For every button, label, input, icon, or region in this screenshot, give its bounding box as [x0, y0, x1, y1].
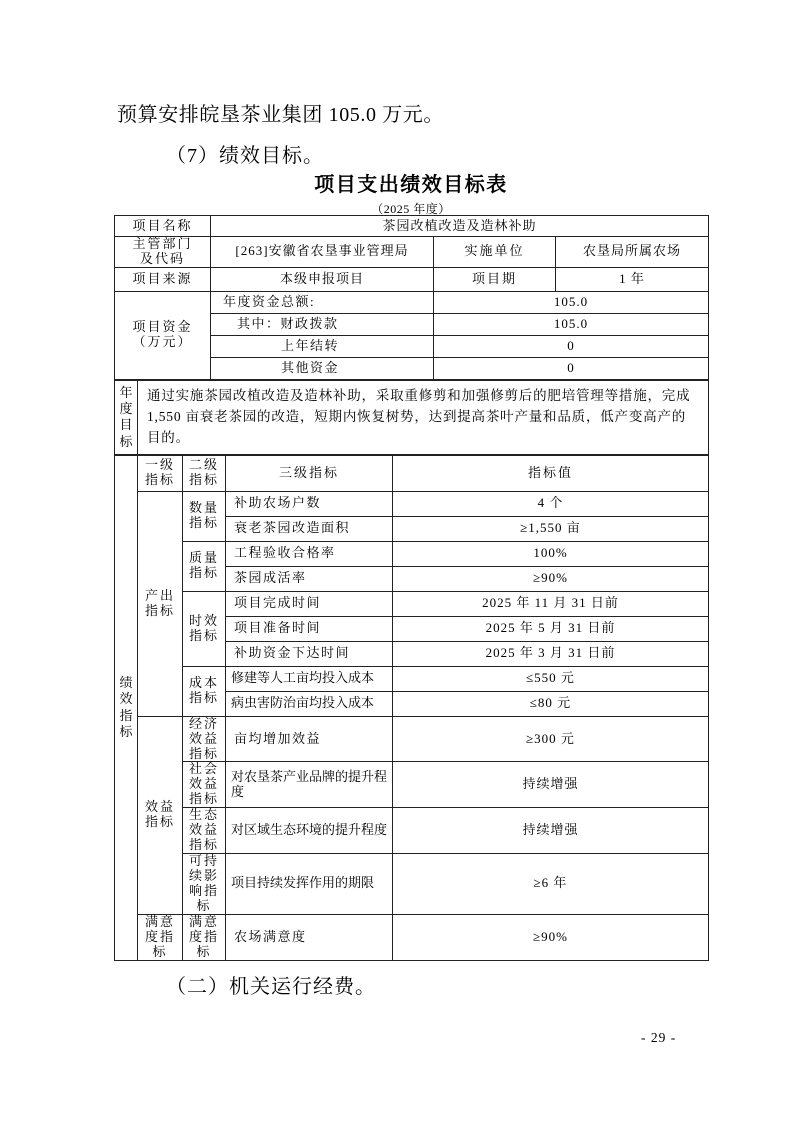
- cell-l2-cost: 成本 指标: [183, 666, 226, 716]
- cell-impl-label: 实施单位: [434, 237, 556, 268]
- table-row: 时效 指标 项目完成时间 2025 年 11 月 31 日前: [115, 591, 709, 616]
- cell-indicator-name: 补助资金下达时间: [226, 641, 393, 666]
- cell-indicator-value: ≤550 元: [393, 666, 709, 691]
- table-title: 项目支出绩效目标表: [114, 168, 708, 197]
- cell-l2-quantity: 数量 指标: [183, 491, 226, 541]
- cell-fund-total-label: 年度资金总额:: [211, 291, 434, 313]
- table-caption: 项目支出绩效目标表 （2025 年度）: [114, 168, 708, 217]
- table-row: 项目资金 （万元） 年度资金总额: 105.0: [115, 291, 709, 313]
- cell-fund-carryover-value: 0: [434, 335, 709, 357]
- cell-period-value: 1 年: [556, 267, 709, 291]
- cell-indicator-value: 持续增强: [393, 762, 709, 808]
- cell-l2-time: 时效 指标: [183, 591, 226, 666]
- table-row: 产出 指标 数量 指标 补助农场户数 4 个: [115, 491, 709, 516]
- cell-project-name-label: 项目名称: [115, 216, 211, 237]
- cell-indicator-value: ≥300 元: [393, 716, 709, 762]
- table-row: 绩 效 指 标 一级 指标 二级 指标 三级指标 指标值: [115, 455, 709, 491]
- cell-annual-goal-text: 通过实施茶园改植改造及造林补助，采取重修剪和加强修剪后的肥培管理等措施，完成1,…: [138, 380, 709, 454]
- cell-fund-fiscal-value: 105.0: [434, 313, 709, 335]
- cell-indicator-value: ≥1,550 亩: [393, 516, 709, 541]
- table-row: 生态 效益 指标 对区域生态环境的提升程度 持续增强: [115, 808, 709, 854]
- cell-indicator-name: 项目准备时间: [226, 616, 393, 641]
- cell-indicator-name: 农场满意度: [226, 914, 393, 960]
- table-row: 满意 度指 标 满意 度指 标 农场满意度 ≥90%: [115, 914, 709, 960]
- cell-indicator-name: 工程验收合格率: [226, 541, 393, 566]
- cell-l1-satisfaction: 满意 度指 标: [138, 914, 183, 960]
- cell-impl-value: 农垦局所属农场: [556, 237, 709, 268]
- cell-indicator-value: ≥6 年: [393, 854, 709, 915]
- cell-indicator-value: ≥90%: [393, 566, 709, 591]
- table-row: 项目名称 茶园改植改造及造林补助: [115, 216, 709, 237]
- cell-fund-fiscal-label: 其中：财政拨款: [211, 313, 434, 335]
- cell-source-value: 本级申报项目: [211, 267, 434, 291]
- cell-header-level3: 三级指标: [226, 455, 393, 491]
- annual-goal-table: 年 度 目 标 通过实施茶园改植改造及造林补助，采取重修剪和加强修剪后的肥培管理…: [114, 380, 709, 455]
- cell-indicator-name: 项目持续发挥作用的期限: [226, 854, 393, 915]
- paragraph-budget: 预算安排皖垦茶业集团 105.0 万元。: [117, 98, 444, 127]
- cell-project-name-value: 茶园改植改造及造林补助: [211, 216, 709, 237]
- cell-indicator-name: 茶园成活率: [226, 566, 393, 591]
- heading-performance-targets: （7）绩效目标。: [166, 139, 324, 168]
- cell-l2-economic: 经济 效益 指标: [183, 716, 226, 762]
- cell-l2-sustain: 可持 续影 响指 标: [183, 854, 226, 915]
- cell-header-value: 指标值: [393, 455, 709, 491]
- cell-perf-side-label: 绩 效 指 标: [115, 455, 138, 960]
- cell-period-label: 项目期: [434, 267, 556, 291]
- cell-fund-other-value: 0: [434, 357, 709, 379]
- cell-indicator-value: 持续增强: [393, 808, 709, 854]
- cell-dept-value: [263]安徽省农垦事业管理局: [211, 237, 434, 268]
- cell-indicator-name: 衰老茶园改造面积: [226, 516, 393, 541]
- cell-l1-benefit: 效益 指标: [138, 716, 183, 914]
- cell-dept-label: 主管部门 及代码: [115, 237, 211, 268]
- cell-annual-goal-label: 年 度 目 标: [115, 380, 138, 454]
- performance-target-table: 项目名称 茶园改植改造及造林补助 主管部门 及代码 [263]安徽省农垦事业管理…: [114, 215, 708, 961]
- cell-l2-ecological: 生态 效益 指标: [183, 808, 226, 854]
- table-row: 可持 续影 响指 标 项目持续发挥作用的期限 ≥6 年: [115, 854, 709, 915]
- table-row: 效益 指标 经济 效益 指标 亩均增加效益 ≥300 元: [115, 716, 709, 762]
- table-row: 年 度 目 标 通过实施茶园改植改造及造林补助，采取重修剪和加强修剪后的肥培管理…: [115, 380, 709, 454]
- cell-fund-carryover-label: 上年结转: [211, 335, 434, 357]
- cell-fund-other-label: 其他资金: [211, 357, 434, 379]
- cell-l2-social: 社会 效益 指标: [183, 762, 226, 808]
- cell-indicator-value: 2025 年 5 月 31 日前: [393, 616, 709, 641]
- cell-source-label: 项目来源: [115, 267, 211, 291]
- cell-indicator-value: ≤80 元: [393, 691, 709, 716]
- cell-indicator-name: 亩均增加效益: [226, 716, 393, 762]
- cell-l1-output: 产出 指标: [138, 491, 183, 716]
- cell-funds-label: 项目资金 （万元）: [115, 291, 211, 379]
- cell-indicator-value: 100%: [393, 541, 709, 566]
- page-number: - 29 -: [641, 1030, 676, 1046]
- table-row: 质量 指标 工程验收合格率 100%: [115, 541, 709, 566]
- cell-indicator-name: 补助农场户数: [226, 491, 393, 516]
- cell-indicator-name: 修建等人工亩均投入成本: [226, 666, 393, 691]
- cell-l2-satisfaction: 满意 度指 标: [183, 914, 226, 960]
- cell-indicator-value: 4 个: [393, 491, 709, 516]
- cell-indicator-name: 病虫害防治亩均投入成本: [226, 691, 393, 716]
- cell-indicator-name: 对区域生态环境的提升程度: [226, 808, 393, 854]
- cell-header-level1: 一级 指标: [138, 455, 183, 491]
- table-row: 项目来源 本级申报项目 项目期 1 年: [115, 267, 709, 291]
- indicator-table: 绩 效 指 标 一级 指标 二级 指标 三级指标 指标值 产出 指标 数量 指标…: [114, 455, 709, 961]
- cell-l2-quality: 质量 指标: [183, 541, 226, 591]
- cell-indicator-value: 2025 年 11 月 31 日前: [393, 591, 709, 616]
- table-row: 主管部门 及代码 [263]安徽省农垦事业管理局 实施单位 农垦局所属农场: [115, 237, 709, 268]
- cell-indicator-name: 项目完成时间: [226, 591, 393, 616]
- cell-indicator-value: 2025 年 3 月 31 日前: [393, 641, 709, 666]
- heading-agency-operating-funds: （二）机关运行经费。: [166, 970, 376, 999]
- document-page: 预算安排皖垦茶业集团 105.0 万元。 （7）绩效目标。 项目支出绩效目标表 …: [0, 0, 794, 1123]
- cell-fund-total-value: 105.0: [434, 291, 709, 313]
- info-table: 项目名称 茶园改植改造及造林补助 主管部门 及代码 [263]安徽省农垦事业管理…: [114, 215, 709, 380]
- table-row: 社会 效益 指标 对农垦茶产业品牌的提升程度 持续增强: [115, 762, 709, 808]
- cell-indicator-name: 对农垦茶产业品牌的提升程度: [226, 762, 393, 808]
- table-row: 成本 指标 修建等人工亩均投入成本 ≤550 元: [115, 666, 709, 691]
- cell-header-level2: 二级 指标: [183, 455, 226, 491]
- cell-indicator-value: ≥90%: [393, 914, 709, 960]
